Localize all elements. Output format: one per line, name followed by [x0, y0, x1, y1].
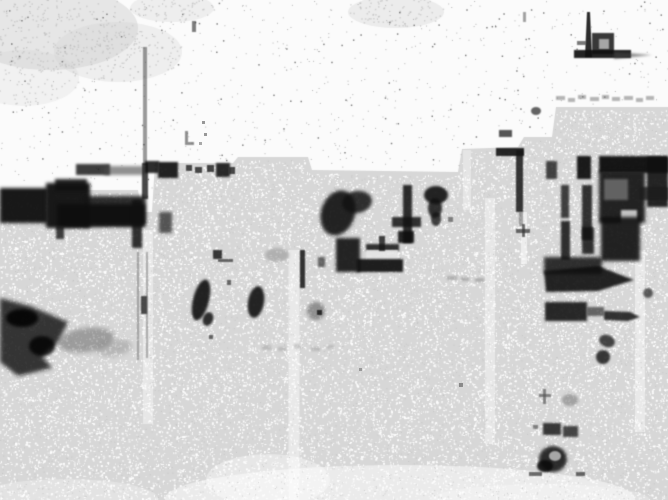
lamp-cross — [522, 224, 525, 237]
lower-blob — [582, 227, 594, 254]
tiny-dot — [359, 368, 362, 371]
edge-smudge — [265, 248, 289, 262]
right-edge-dash — [640, 187, 668, 200]
sky-dot — [199, 142, 202, 145]
small-dash-right — [604, 311, 640, 321]
wedge-dark-clump — [6, 309, 38, 327]
ground-dot — [209, 335, 213, 339]
car-window — [366, 250, 398, 260]
mast-cross-mark — [577, 41, 586, 45]
faint-dash — [294, 344, 301, 349]
truck-arrow — [544, 266, 634, 292]
roofline-dash — [636, 98, 643, 102]
faint-dash — [327, 345, 334, 349]
horizon-dash — [186, 165, 192, 171]
tiny-dot — [459, 383, 463, 387]
dark-post — [546, 161, 557, 179]
dark-band-lower — [57, 204, 145, 227]
faint-dash — [262, 345, 271, 350]
roofline-dash — [578, 95, 586, 99]
mast-block-notch — [599, 39, 609, 49]
cluster-dash — [543, 423, 561, 435]
faint-dash — [461, 277, 469, 281]
roofline-dash — [590, 97, 599, 101]
lamp-pole-faint — [519, 212, 523, 226]
horizon-dash — [216, 163, 230, 177]
small-dot — [533, 425, 538, 429]
signpost-foot — [398, 231, 414, 243]
lamp-pole — [516, 150, 523, 212]
faint-dash — [475, 278, 484, 282]
horizon-dash — [145, 161, 159, 173]
shadow-wedge — [0, 298, 68, 376]
bush-blob — [431, 212, 441, 226]
roofline-dash — [624, 96, 633, 100]
faint-dash — [311, 347, 320, 351]
bush-dot — [448, 217, 453, 222]
wedge-dark-clump — [29, 336, 55, 356]
dark-band-leg — [56, 226, 64, 239]
small-blob — [597, 333, 616, 350]
roofline-dash — [568, 98, 575, 102]
edge-mark — [213, 250, 222, 259]
under-dash — [576, 472, 585, 476]
diamond-blob — [307, 302, 325, 320]
dark-band-blob — [0, 188, 48, 223]
roof-post — [577, 156, 591, 179]
ground-dot — [227, 280, 231, 285]
sky-tick — [192, 21, 196, 32]
edge-mark — [218, 259, 233, 262]
roofline-dash — [556, 96, 565, 100]
building-light-patch — [604, 179, 628, 200]
horizon-blob — [159, 212, 172, 233]
dark-band-bump — [55, 179, 87, 191]
roofline-dash — [602, 95, 609, 99]
under-dash — [529, 472, 542, 476]
horizon-dash — [158, 162, 178, 178]
car-post — [379, 236, 385, 251]
small-blob — [596, 350, 610, 364]
ring-hole — [549, 451, 561, 461]
smudge — [562, 394, 578, 406]
post-dot — [318, 257, 325, 267]
truck-mid-tail — [587, 307, 604, 316]
ring-dark-edge — [537, 460, 553, 472]
dark-post — [561, 185, 569, 218]
pole-lower-line — [137, 252, 139, 360]
left-streak-tail — [104, 166, 144, 175]
horizon-dash — [195, 167, 202, 173]
t-mark — [539, 394, 551, 397]
figure — [245, 285, 266, 319]
faint-dash — [278, 347, 286, 351]
signpost-arm — [392, 217, 421, 227]
roofline-dash — [646, 96, 654, 100]
dark-post — [561, 221, 570, 260]
thin-pole — [300, 250, 305, 288]
lower-mass — [601, 217, 640, 261]
diamond-dot — [317, 310, 322, 315]
sky-tick — [523, 12, 526, 22]
right-dot — [643, 288, 653, 298]
pole-lower-dash — [141, 296, 147, 314]
sky-dot — [204, 133, 207, 136]
mast-base-shadow — [614, 52, 652, 59]
photograph — [0, 0, 668, 500]
photo-features-layer — [0, 0, 668, 500]
wall-dash — [499, 130, 512, 137]
roof-dot — [531, 107, 541, 115]
sky-dot — [202, 121, 205, 124]
truck-mid-dash — [545, 302, 587, 321]
horizon-dash — [207, 165, 214, 172]
car-body-bar — [357, 259, 403, 272]
horizon-dash — [229, 167, 235, 174]
pole-upper — [143, 47, 147, 165]
tree-trunk — [336, 238, 360, 272]
cluster-dash — [563, 426, 578, 437]
dark-band-leg — [132, 200, 142, 248]
sky-l-mark — [185, 131, 194, 145]
faint-dash — [447, 276, 457, 280]
roofline-dash — [612, 97, 620, 101]
